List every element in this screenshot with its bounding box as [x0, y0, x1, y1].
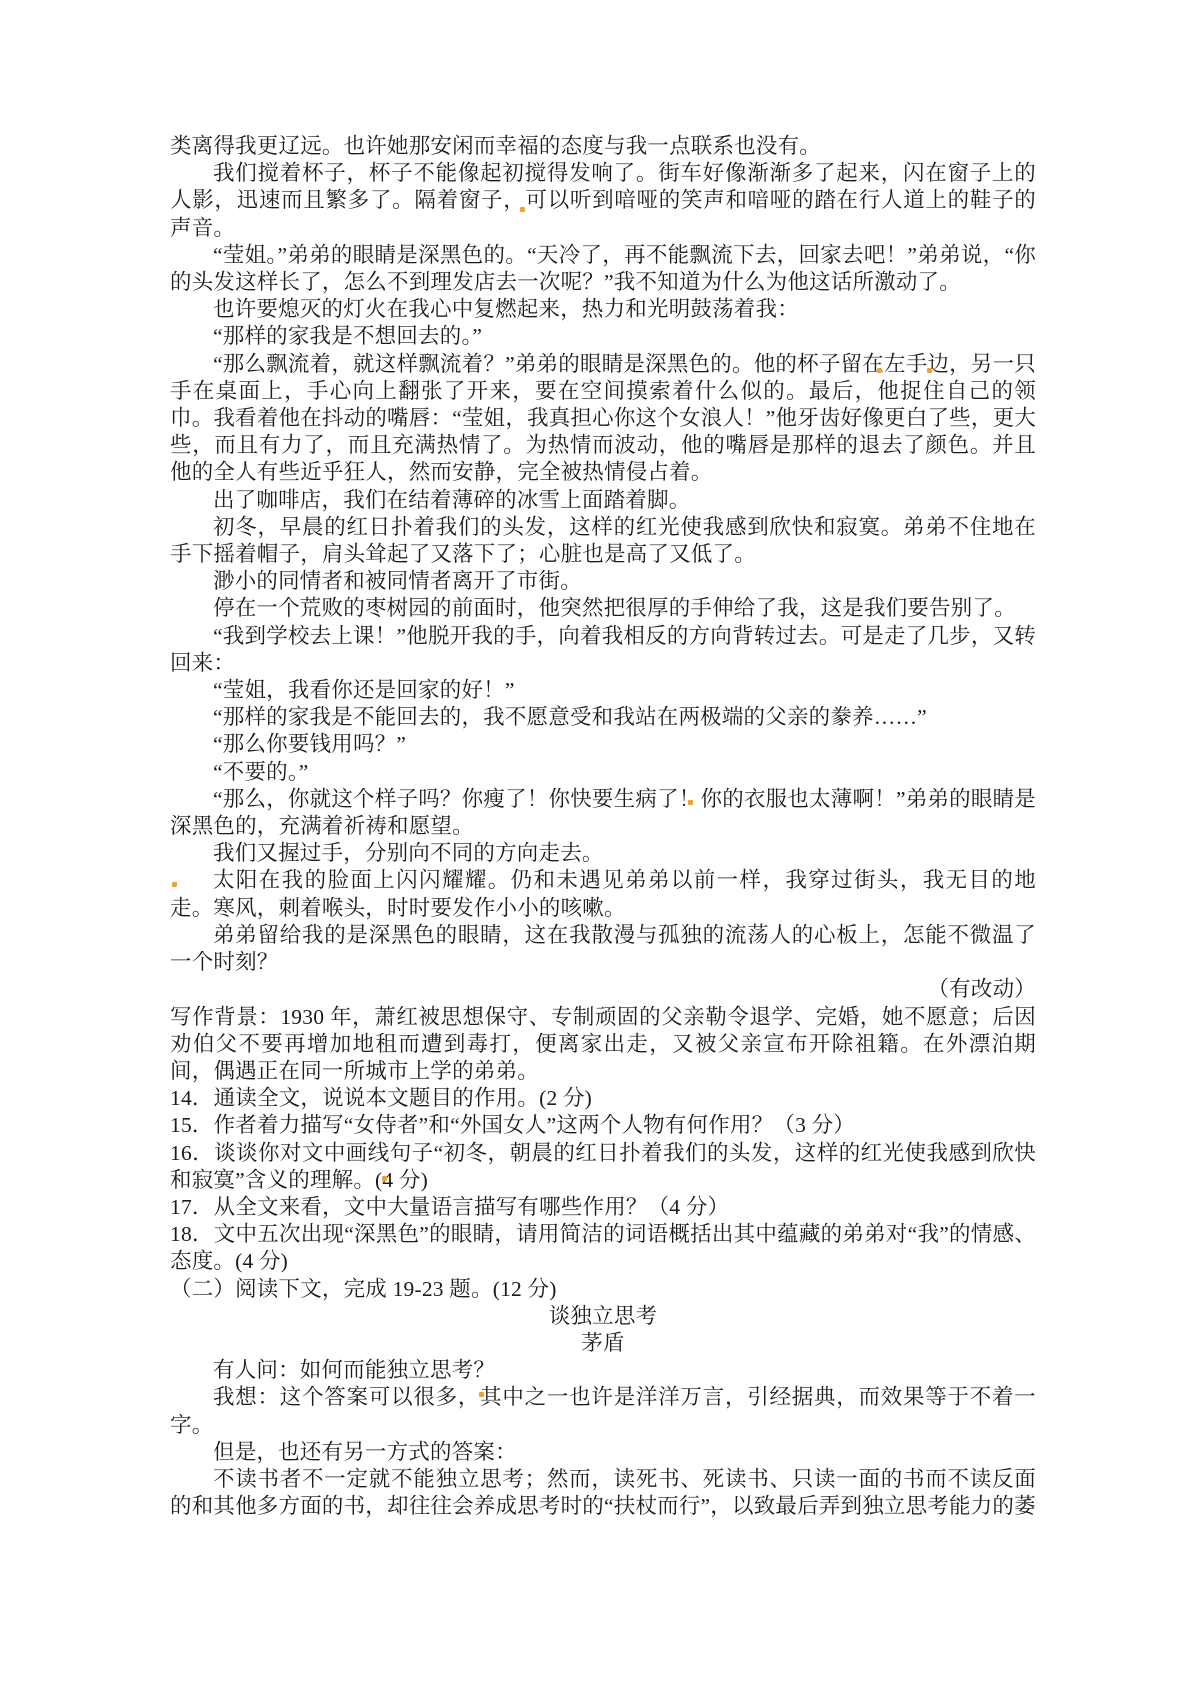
essay-paragraph: 不读书者不一定就不能独立思考；然而，读死书、死读书、只读一面的书而不读反面的和其… [170, 1466, 1036, 1520]
question-16: 16．谈谈你对文中画线句子“初冬，朝晨的红日扑着我们的头发，这样的红光使我感到欣… [170, 1140, 1036, 1194]
grammar-check-mark [927, 368, 932, 373]
story-dialogue: “那么你要钱用吗？” [170, 731, 1036, 758]
grammar-check-mark [520, 207, 525, 212]
paragraph-continuation: 类离得我更辽远。也许她那安闲而幸福的态度与我一点联系也没有。 [170, 133, 1036, 160]
story-paragraph: 弟弟留给我的是深黑色的眼睛，这在我散漫与孤独的流荡人的心板上，怎能不微温了一个时… [170, 922, 1036, 976]
question-15: 15．作者着力描写“女侍者”和“外国女人”这两个人物有何作用？（3 分） [170, 1112, 1036, 1139]
story-paragraph: 初冬，早晨的红日扑着我们的头发，这样的红光使我感到欣快和寂寞。弟弟不住地在手下摇… [170, 514, 1036, 568]
story-paragraph: “那么，你就这个样子吗？你瘦了！你快要生病了！你的衣服也太薄啊！”弟弟的眼睛是深… [170, 786, 1036, 840]
question-18: 18．文中五次出现“深黑色”的眼睛，请用简洁的词语概括出其中蕴藏的弟弟对“我”的… [170, 1221, 1036, 1275]
section-2-instruction: （二）阅读下文，完成 19-23 题。(12 分) [170, 1276, 1036, 1303]
text-column: 类离得我更辽远。也许她那安闲而幸福的态度与我一点联系也没有。 我们搅着杯子，杯子… [170, 133, 1036, 1520]
story-paragraph: “我到学校去上课！”他脱开我的手，向着我相反的方向背转过去。可是走了几步，又转回… [170, 623, 1036, 677]
story-paragraph: 也许要熄灭的灯火在我心中复燃起来，热力和光明鼓荡着我： [170, 296, 1036, 323]
story-paragraph: “那么飘流着，就这样飘流着？”弟弟的眼睛是深黑色的。他的杯子留在左手边，另一只手… [170, 351, 1036, 487]
grammar-check-mark [877, 368, 882, 373]
story-paragraph: 出了咖啡店，我们在结着薄碎的冰雪上面踏着脚。 [170, 487, 1036, 514]
story-dialogue: “莹姐，我看你还是回家的好！” [170, 677, 1036, 704]
grammar-check-mark [382, 1176, 387, 1181]
story-paragraph: 渺小的同情者和被同情者离开了市街。 [170, 568, 1036, 595]
story-paragraph: “莹姐。”弟弟的眼睛是深黑色的。“天冷了，再不能飘流下去，回家去吧！”弟弟说，“… [170, 242, 1036, 296]
writing-background: 写作背景：1930 年，萧红被思想保守、专制顽固的父亲勒令退学、完婚，她不愿意；… [170, 1004, 1036, 1086]
grammar-check-mark [479, 1392, 484, 1397]
essay-title: 谈独立思考 [170, 1303, 1036, 1330]
story-dialogue: “那样的家我是不能回去的，我不愿意受和我站在两极端的父亲的豢养……” [170, 704, 1036, 731]
question-17: 17．从全文来看，文中大量语言描写有哪些作用？（4 分） [170, 1194, 1036, 1221]
story-dialogue: “那样的家我是不想回去的。” [170, 323, 1036, 350]
question-14: 14．通读全文，说说本文题目的作用。(2 分) [170, 1085, 1036, 1112]
document-page: { "page": { "background": "#ffffff", "te… [0, 0, 1200, 1698]
story-paragraph: 我们又握过手，分别向不同的方向走去。 [170, 840, 1036, 867]
essay-paragraph: 但是，也还有另一方式的答案： [170, 1439, 1036, 1466]
story-paragraph: 停在一个荒败的枣树园的前面时，他突然把很厚的手伸给了我，这是我们要告别了。 [170, 595, 1036, 622]
story-paragraph: 太阳在我的脸面上闪闪耀耀。仍和未遇见弟弟以前一样，我穿过街头，我无目的地走。寒风… [170, 867, 1036, 921]
story-dialogue: “不要的。” [170, 759, 1036, 786]
essay-paragraph: 我想：这个答案可以很多，其中之一也许是洋洋万言，引经据典，而效果等于不着一字。 [170, 1384, 1036, 1438]
edit-note: （有改动） [170, 976, 1036, 1003]
grammar-check-mark [688, 800, 693, 805]
essay-paragraph: 有人问：如何而能独立思考？ [170, 1357, 1036, 1384]
essay-author: 茅盾 [170, 1330, 1036, 1357]
story-paragraph: 我们搅着杯子，杯子不能像起初搅得发响了。街车好像渐渐多了起来，闪在窗子上的人影，… [170, 160, 1036, 242]
grammar-check-mark [172, 882, 177, 887]
